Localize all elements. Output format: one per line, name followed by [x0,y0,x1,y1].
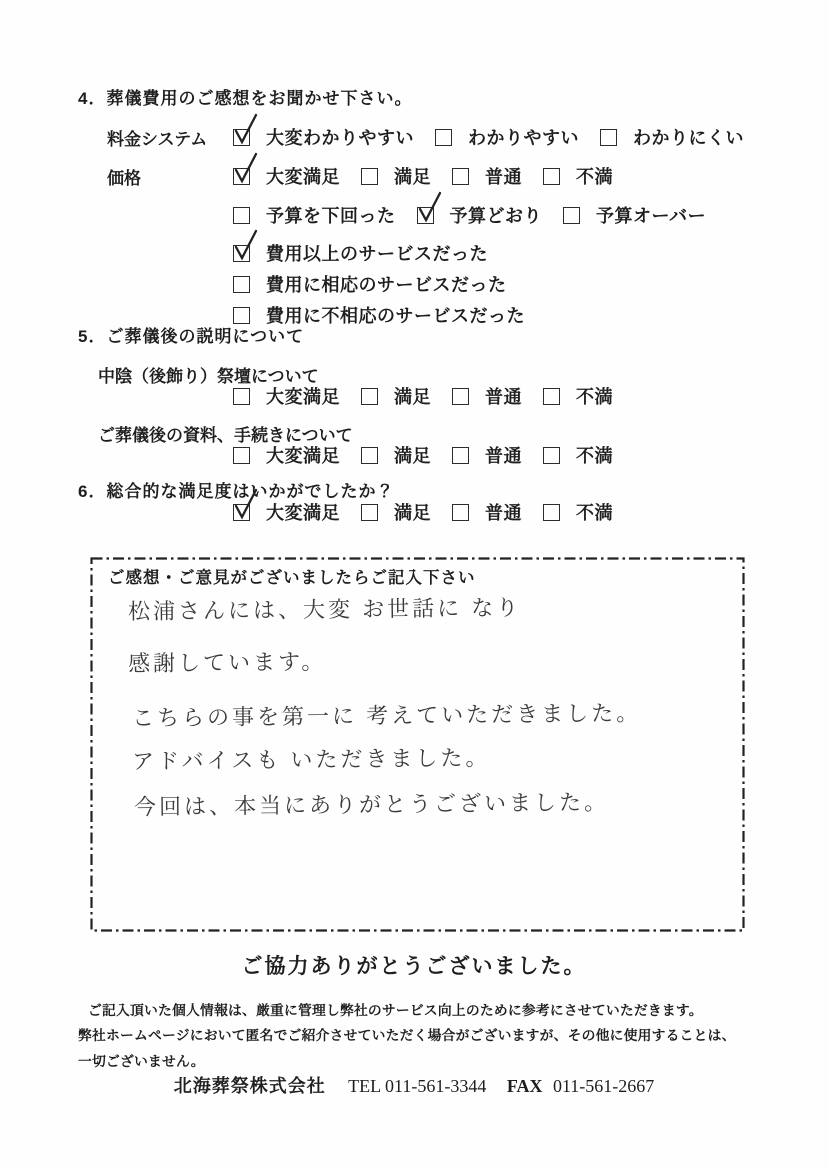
q6-options: 大変満足 満足 普通 不満 [233,499,634,525]
option-label: 満足 [394,442,431,468]
check-mark-icon [231,487,259,521]
q4-fee-system-row: 料金システム 大変わかりやすい わかりやすい わかりにくい [107,124,765,150]
option-label: 不満 [576,383,613,409]
option: 予算どおり [417,202,543,228]
survey-page: 4．葬儀費用のご感想をお聞かせ下さい。 料金システム 大変わかりやすい わかりや… [0,0,828,1171]
q4-fee-system-label: 料金システム [107,125,233,150]
option: 大変満足 [233,442,340,468]
privacy-note: ご記入頂いた個人情報は、厳重に管理し弊社のサービス向上のために参考にさせていただ… [78,998,750,1074]
checkbox[interactable] [361,388,378,405]
option-label: 普通 [485,499,522,525]
option: 不満 [543,163,613,189]
handwritten-line: 感謝しています。 [128,645,327,678]
option-label: 費用以上のサービスだった [266,240,488,266]
checkbox[interactable] [543,388,560,405]
q4-price-row: 価格 大変満足 満足 普通 不満 [107,163,634,189]
checkbox[interactable] [233,168,250,185]
option: 大変満足 [233,163,340,189]
checkbox[interactable] [563,207,580,224]
q4-service-options: 費用以上のサービスだった 費用に相応のサービスだった 費用に不相応のサービスだっ… [233,240,525,333]
option-label: 不満 [576,499,613,525]
checkbox[interactable] [233,207,250,224]
comment-area[interactable]: ご感想・ご意見がございましたらご記入下さい 松浦さんには、大変 お世話に なり … [90,557,745,932]
checkbox[interactable] [233,245,250,262]
check-mark-icon [415,190,443,224]
checkbox[interactable] [233,447,250,464]
option-label: わかりにくい [633,124,744,150]
check-mark-icon [231,112,259,146]
q5-title: 5．ご葬儀後の説明について [78,322,304,347]
option: わかりやすい [435,124,579,150]
checkbox[interactable] [233,504,250,521]
option: 大変わかりやすい [233,124,414,150]
checkbox[interactable] [361,168,378,185]
option-label: 予算を下回った [266,202,396,228]
handwritten-line: 今回は、本当にありがとうございました。 [134,786,609,822]
option-label: 普通 [485,383,522,409]
checkbox[interactable] [417,207,434,224]
privacy-line: 弊社ホームページにおいて匿名でご紹介させていただく場合がございますが、その他に使… [78,1023,750,1048]
option-label: 大変満足 [266,499,340,525]
option-label: 不満 [576,442,613,468]
privacy-line: ご記入頂いた個人情報は、厳重に管理し弊社のサービス向上のために参考にさせていただ… [78,998,750,1023]
checkbox[interactable] [361,447,378,464]
option-label: 大変満足 [266,442,340,468]
option-label: 不満 [576,163,613,189]
option: 満足 [361,383,431,409]
q5-sub2-options: 大変満足 満足 普通 不満 [233,442,634,468]
option: 予算を下回った [233,202,396,228]
q4-budget-row: 予算を下回った 予算どおり 予算オーバー [233,202,727,228]
option: 費用に相応のサービスだった [233,271,525,297]
tel-label: TEL [348,1076,380,1096]
option: 普通 [452,163,522,189]
option: 大変満足 [233,383,340,409]
option-label: 普通 [485,163,522,189]
option: わかりにくい [600,124,744,150]
checkbox[interactable] [543,168,560,185]
option-label: 大変満足 [266,163,340,189]
q4-price-label: 価格 [107,164,233,189]
privacy-line: 一切ございません。 [78,1049,750,1074]
company-footer: 北海葬祭株式会社 TEL 011-561-3344 FAX 011-561-26… [0,1072,828,1098]
option: 大変満足 [233,499,340,525]
handwritten-line: こちらの事を第一に 考えていただきました。 [132,696,641,732]
option-label: 満足 [394,383,431,409]
option: 不満 [543,442,613,468]
checkbox[interactable] [452,504,469,521]
option: 不満 [543,499,613,525]
checkbox[interactable] [452,447,469,464]
option: 満足 [361,499,431,525]
option-label: 大変わかりやすい [266,124,414,150]
check-mark-icon [231,228,259,262]
checkbox[interactable] [361,504,378,521]
checkbox[interactable] [233,129,250,146]
checkbox[interactable] [452,168,469,185]
q4-title: 4．葬儀費用のご感想をお聞かせ下さい。 [78,84,412,109]
option: 普通 [452,442,522,468]
option-label: 予算オーバー [596,202,706,228]
option: 不満 [543,383,613,409]
option-label: わかりやすい [468,124,579,150]
option: 満足 [361,163,431,189]
tel-number: 011-561-3344 [385,1076,486,1096]
option: 予算オーバー [563,202,706,228]
checkbox[interactable] [452,388,469,405]
handwritten-line: アドバイスも いただきました。 [132,741,491,776]
option-label: 普通 [485,442,522,468]
option-label: 予算どおり [450,202,543,228]
option-label: 費用に相応のサービスだった [266,271,507,297]
option: 普通 [452,383,522,409]
checkbox[interactable] [543,447,560,464]
option: 満足 [361,442,431,468]
company-name: 北海葬祭株式会社 [174,1076,326,1096]
comment-box-header: ご感想・ご意見がございましたらご記入下さい [108,564,476,588]
handwritten-line: 松浦さんには、大変 お世話に なり [128,591,522,626]
check-mark-icon [231,151,259,185]
checkbox[interactable] [233,307,250,324]
fax-number: 011-561-2667 [553,1076,654,1096]
checkbox[interactable] [600,129,617,146]
q5-sub1-options: 大変満足 満足 普通 不満 [233,383,634,409]
checkbox[interactable] [233,388,250,405]
fax-label: FAX [507,1076,543,1096]
option: 費用以上のサービスだった [233,240,525,266]
option-label: 費用に不相応のサービスだった [266,302,525,328]
option-label: 満足 [394,163,431,189]
option-label: 満足 [394,499,431,525]
checkbox[interactable] [543,504,560,521]
option: 普通 [452,499,522,525]
checkbox[interactable] [233,276,250,293]
closing-message: ご協力ありがとうございました。 [0,950,828,980]
checkbox[interactable] [435,129,452,146]
option-label: 大変満足 [266,383,340,409]
